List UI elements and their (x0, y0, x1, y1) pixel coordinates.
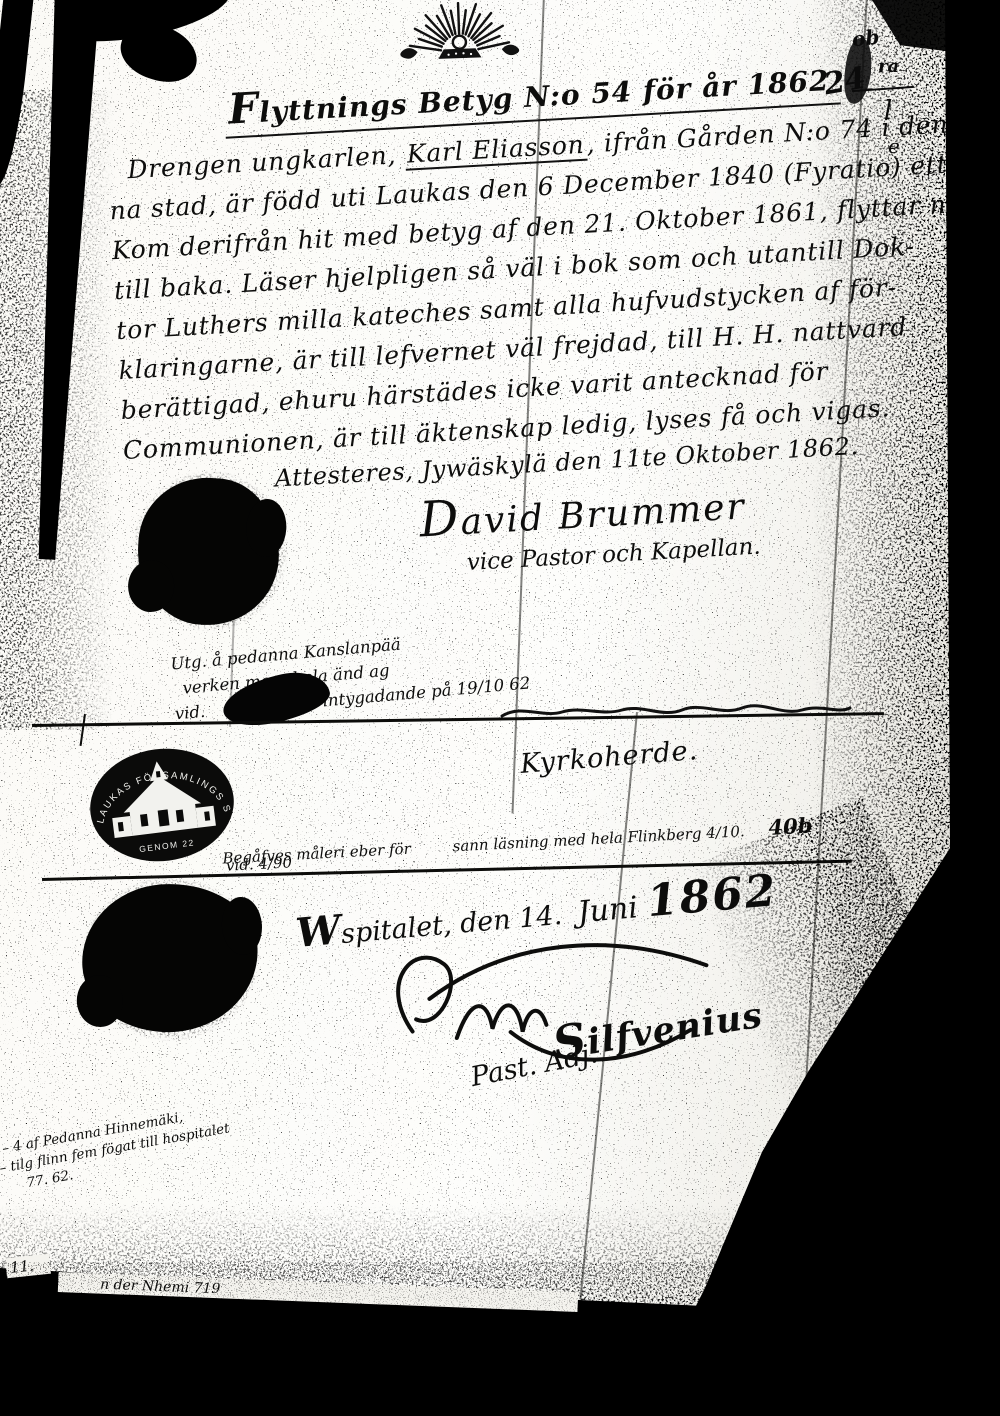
edge-fragment: ob (851, 25, 881, 52)
edge-fragment: ra (878, 56, 899, 77)
second-doc-note-line2: vid. 4/90 (226, 853, 293, 874)
person-name: Karl Eliasson (404, 130, 587, 171)
scanned-document-photo: Flyttnings Betyg N:o 54 för år 1862 Dren… (0, 0, 1000, 1416)
edge-fragment: e (888, 134, 900, 158)
parish-seal: LAUKAS FÖRSAMLINGS SIGILL GENOM 22 (79, 737, 244, 873)
edge-fragment: l (884, 96, 892, 126)
note-fragment: 40b (768, 813, 813, 840)
certificate-paragraph: Drengen ungkarlen, Karl Eliasson, ifrån … (106, 107, 925, 471)
sunburst-stamp-icon (385, 0, 533, 63)
bottom-fragment-left: 11. (5, 1256, 35, 1277)
page-number: 24 (821, 61, 868, 103)
date-month: Juni (576, 890, 639, 930)
date-prefix: W (294, 906, 343, 957)
margin-note-frag: vid. (174, 702, 206, 724)
